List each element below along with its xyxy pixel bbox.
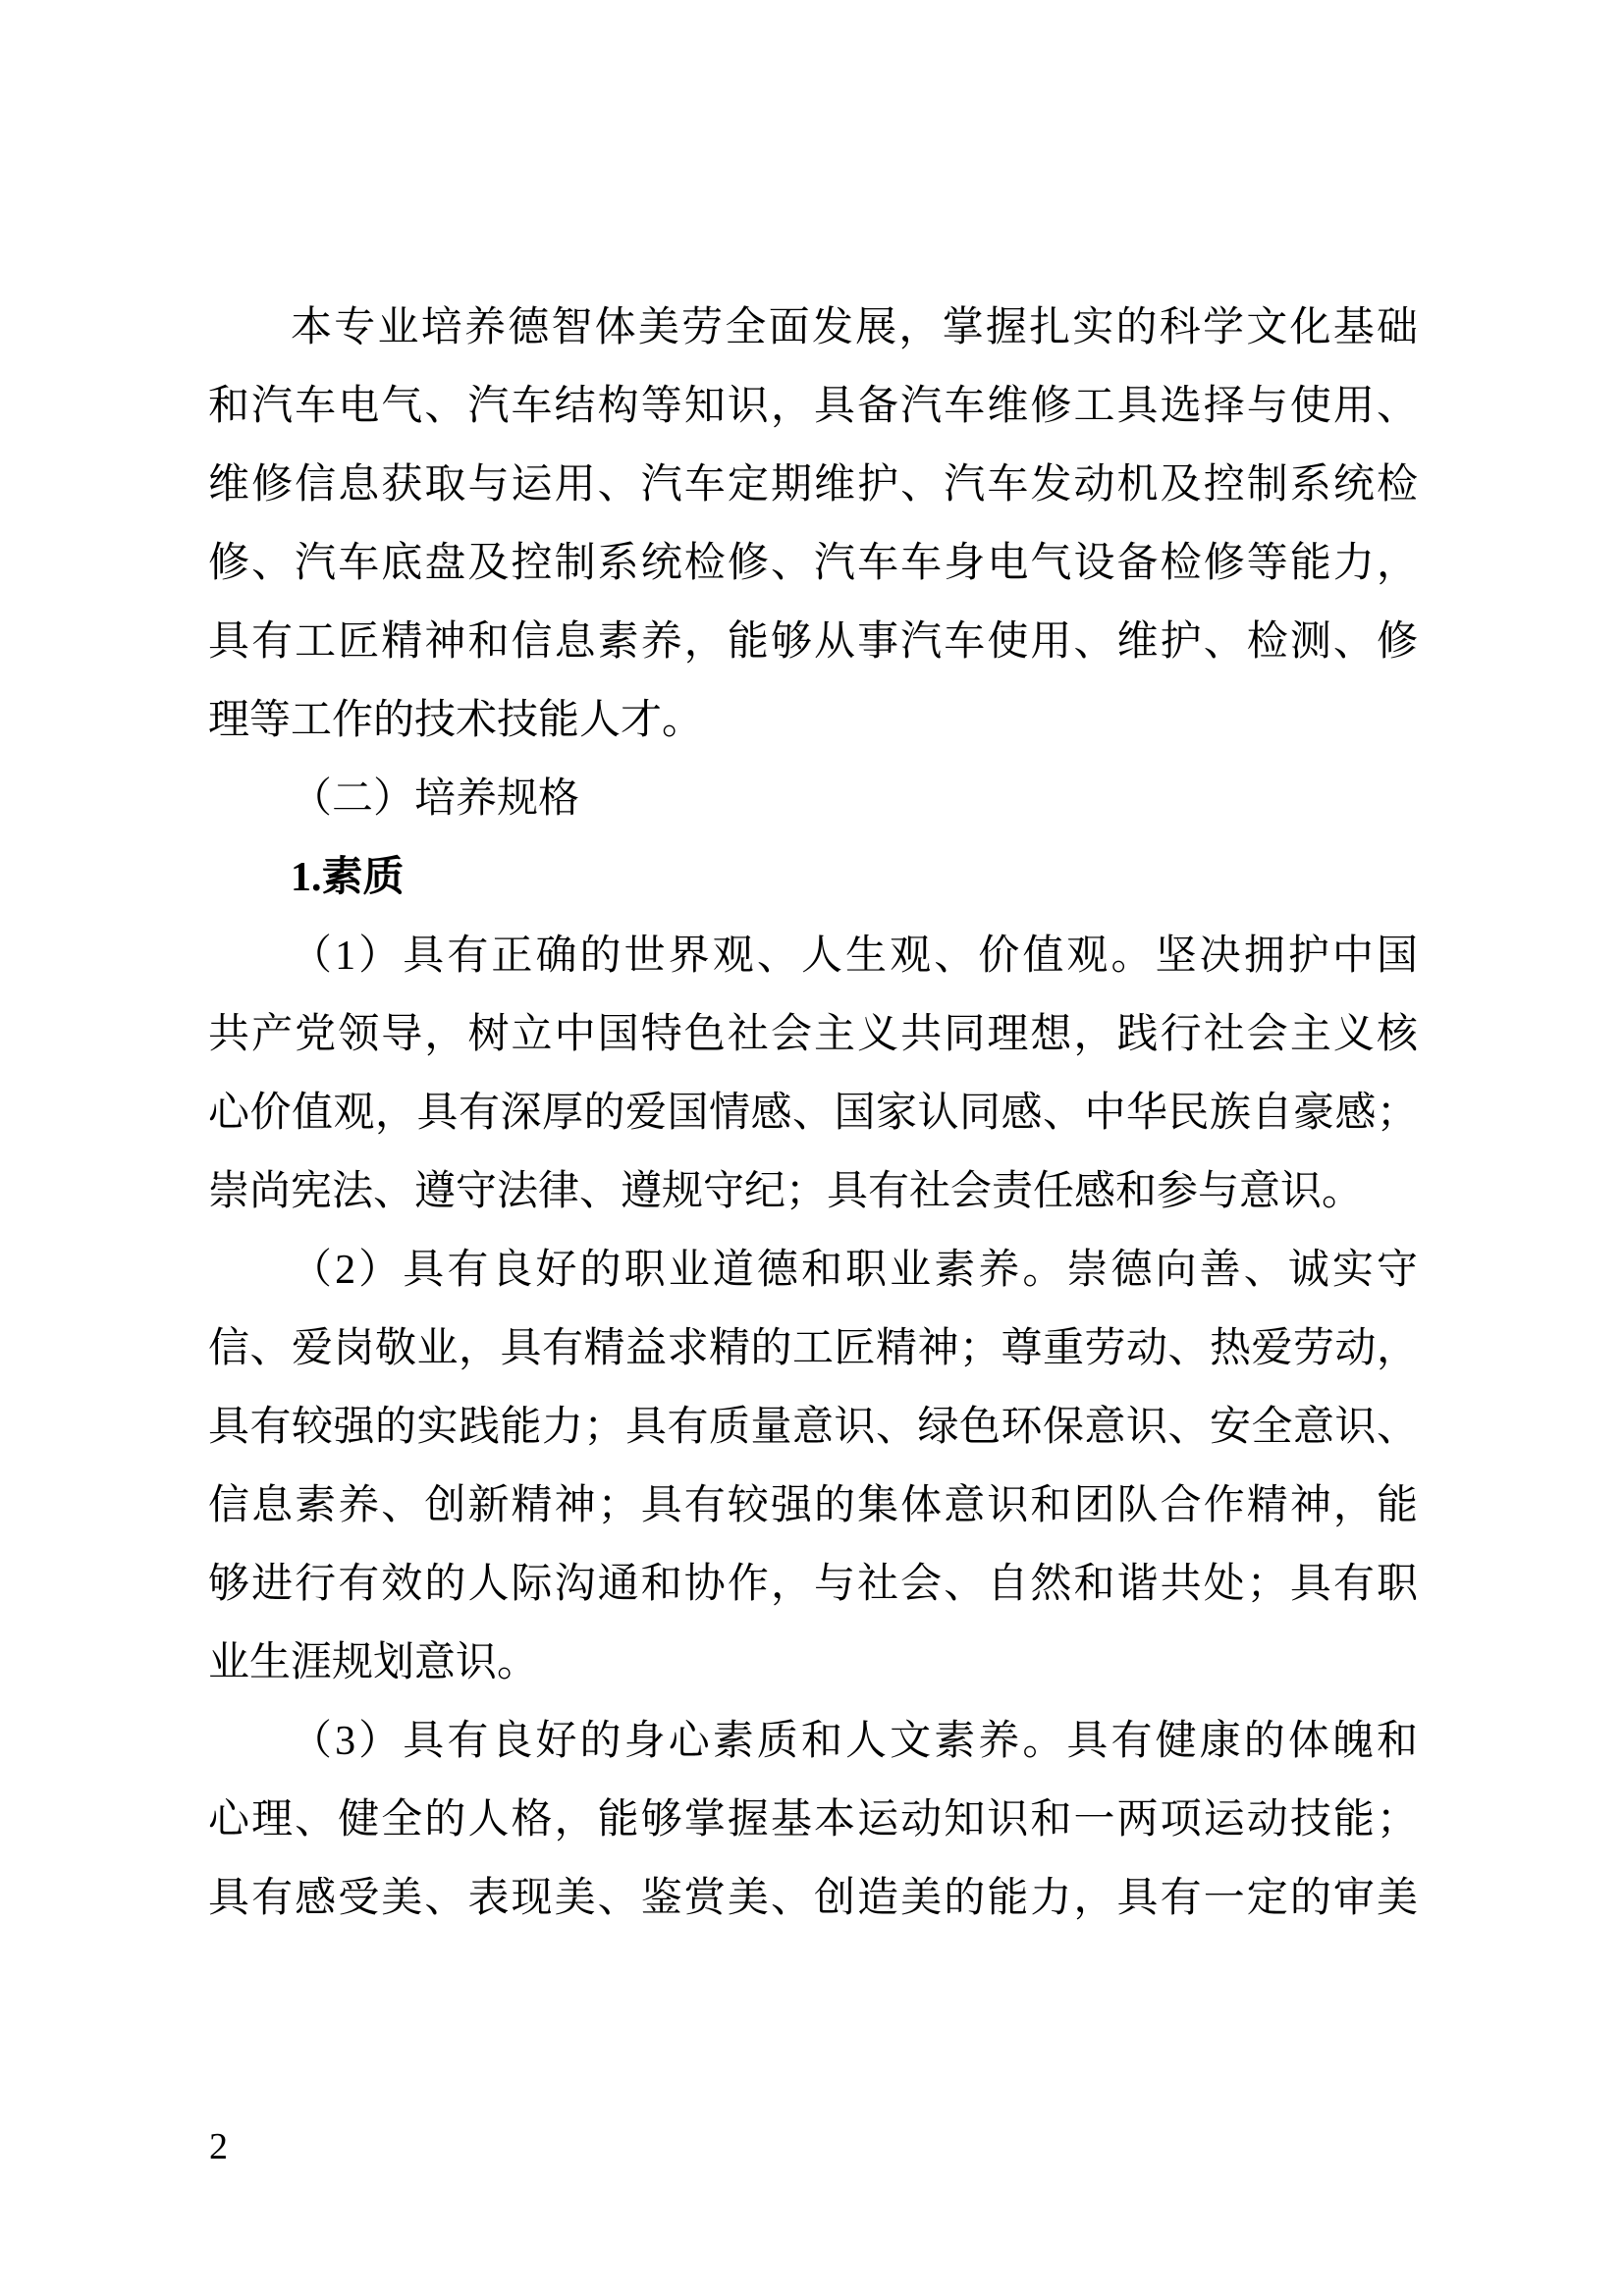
text-line: 具有较强的实践能力；具有质量意识、绿色环保意识、安全意识、 [208, 1388, 1418, 1467]
section-heading: （二）培养规格 [208, 760, 1418, 838]
subsection-heading: 1.素质 [208, 838, 1418, 917]
text-line: 崇尚宪法、遵守法律、遵规守纪；具有社会责任感和参与意识。 [208, 1152, 1418, 1231]
text-line: 和汽车电气、汽车结构等知识，具备汽车维修工具选择与使用、 [208, 367, 1418, 446]
text-line: 具有感受美、表现美、鉴赏美、创造美的能力，具有一定的审美 [208, 1859, 1418, 1938]
paragraph: 本专业培养德智体美劳全面发展，掌握扎实的科学文化基础和汽车电气、汽车结构等知识，… [208, 289, 1418, 760]
text-line: （2）具有良好的职业道德和职业素养。崇德向善、诚实守 [208, 1231, 1418, 1309]
text-line: 修、汽车底盘及控制系统检修、汽车车身电气设备检修等能力， [208, 524, 1418, 603]
text-line: 心价值观，具有深厚的爱国情感、国家认同感、中华民族自豪感； [208, 1074, 1418, 1152]
text-line: 够进行有效的人际沟通和协作，与社会、自然和谐共处；具有职 [208, 1545, 1418, 1624]
document-page: 本专业培养德智体美劳全面发展，掌握扎实的科学文化基础和汽车电气、汽车结构等知识，… [0, 0, 1624, 2296]
text-line: 具有工匠精神和信息素养，能够从事汽车使用、维护、检测、修 [208, 603, 1418, 681]
document-body: 本专业培养德智体美劳全面发展，掌握扎实的科学文化基础和汽车电气、汽车结构等知识，… [208, 289, 1418, 1938]
text-line: 维修信息获取与运用、汽车定期维护、汽车发动机及控制系统检 [208, 446, 1418, 524]
text-line: 理等工作的技术技能人才。 [208, 681, 1418, 760]
text-line: 业生涯规划意识。 [208, 1624, 1418, 1702]
text-line: 本专业培养德智体美劳全面发展，掌握扎实的科学文化基础 [208, 289, 1418, 367]
paragraph: （2）具有良好的职业道德和职业素养。崇德向善、诚实守信、爱岗敬业，具有精益求精的… [208, 1231, 1418, 1702]
text-line: 信息素养、创新精神；具有较强的集体意识和团队合作精神，能 [208, 1467, 1418, 1545]
page-number: 2 [209, 2128, 228, 2165]
text-line: （二）培养规格 [208, 760, 1418, 838]
paragraph: （3）具有良好的身心素质和人文素养。具有健康的体魄和心理、健全的人格，能够掌握基… [208, 1702, 1418, 1938]
text-line: 1.素质 [208, 838, 1418, 917]
text-line: （1）具有正确的世界观、人生观、价值观。坚决拥护中国 [208, 917, 1418, 995]
paragraph: （1）具有正确的世界观、人生观、价值观。坚决拥护中国共产党领导，树立中国特色社会… [208, 917, 1418, 1231]
text-line: 心理、健全的人格，能够掌握基本运动知识和一两项运动技能； [208, 1781, 1418, 1859]
text-line: （3）具有良好的身心素质和人文素养。具有健康的体魄和 [208, 1702, 1418, 1781]
text-line: 信、爱岗敬业，具有精益求精的工匠精神；尊重劳动、热爱劳动， [208, 1309, 1418, 1388]
text-line: 共产党领导，树立中国特色社会主义共同理想，践行社会主义核 [208, 995, 1418, 1074]
